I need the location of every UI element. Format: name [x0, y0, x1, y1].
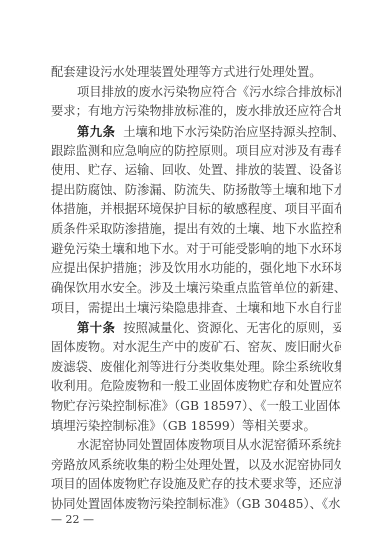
page-number: — 22 —	[51, 513, 94, 526]
text-line: 物贮存污染控制标准》（GB 18597）、《一般工业固体废物贮存和	[51, 397, 341, 417]
article-10-first-line: 第十条 按照减量化、资源化、无害化的原则，妥善处理处置	[51, 318, 341, 338]
text-line: 配套建设污水处理装置处理等方式进行处理处置。	[51, 63, 341, 83]
text-line: 使用、贮存、运输、回收、处置、排放的装置、设备设施及场所，	[51, 161, 341, 181]
text-line: 体措施，并根据环境保护目标的敏感程度、项目平面布局、水文地	[51, 200, 341, 220]
text-span: 土壤和地下水污染防治应坚持源头控制、分区防控、	[123, 125, 341, 139]
text-line: 固体废物。对水泥生产中的废矿石、窑灰、废旧耐火砖、废包装袋、	[51, 338, 341, 358]
text-line: 确保饮用水安全。涉及土壤污染重点监管单位的新建、改建、扩建	[51, 279, 341, 299]
text-line: 填埋污染控制标准》（GB 18599）等相关要求。	[51, 417, 341, 437]
text-line: 协同处置固体废物污染控制标准》（GB 30485）、《水泥窑协同处	[51, 495, 341, 515]
text-line: 跟踪监测和应急响应的防控原则。项目应对涉及有毒有害物质生产、	[51, 142, 341, 162]
text-span: 按照减量化、资源化、无害化的原则，妥善处理处置	[123, 321, 341, 335]
text-line: 废滤袋、废催化剂等进行分类收集处理。除尘系统收集的粉尘应回	[51, 358, 341, 378]
text-line: 要求；有地方污染物排放标准的，废水排放还应符合地方标准要求。	[51, 102, 341, 122]
article-heading-9: 第九条	[77, 124, 115, 139]
article-heading-10: 第十条	[77, 320, 115, 335]
text-line: 项目，需提出土壤污染隐患排查、土壤和地下水自行监测相关要求。	[51, 299, 341, 319]
text-line: 项目排放的废水污染物应符合《污水综合排放标准》（GB 8978）	[51, 83, 341, 103]
text-line: 避免污染土壤和地下水。对于可能受影响的地下水环境敏感目标，	[51, 240, 341, 260]
article-9-first-line: 第九条 土壤和地下水污染防治应坚持源头控制、分区防控、	[51, 122, 341, 142]
text-line: 项目的固体废物贮存设施及贮存的技术要求等，还应满足《水泥窑	[51, 475, 341, 495]
text-line: 应提出保护措施；涉及饮用水功能的，强化地下水环境保护措施，	[51, 259, 341, 279]
text-line: 水泥窑协同处置固体废物项目从水泥窑循环系统排出的窑灰和	[51, 436, 341, 456]
text-line: 收利用。危险废物和一般工业固体废物贮存和处置应符合《危险废	[51, 377, 341, 397]
text-line: 提出防腐蚀、防渗漏、防流失、防扬散等土壤和地下水污染防治具	[51, 181, 341, 201]
text-line: 质条件采取防渗措施，提出有效的土壤、地下水监控和应急方案，	[51, 220, 341, 240]
text-line: 旁路放风系统收集的粉尘处理处置，以及水泥窑协同处置固体废物	[51, 456, 341, 476]
document-page: 配套建设污水处理装置处理等方式进行处理处置。 项目排放的废水污染物应符合《污水综…	[51, 63, 341, 515]
